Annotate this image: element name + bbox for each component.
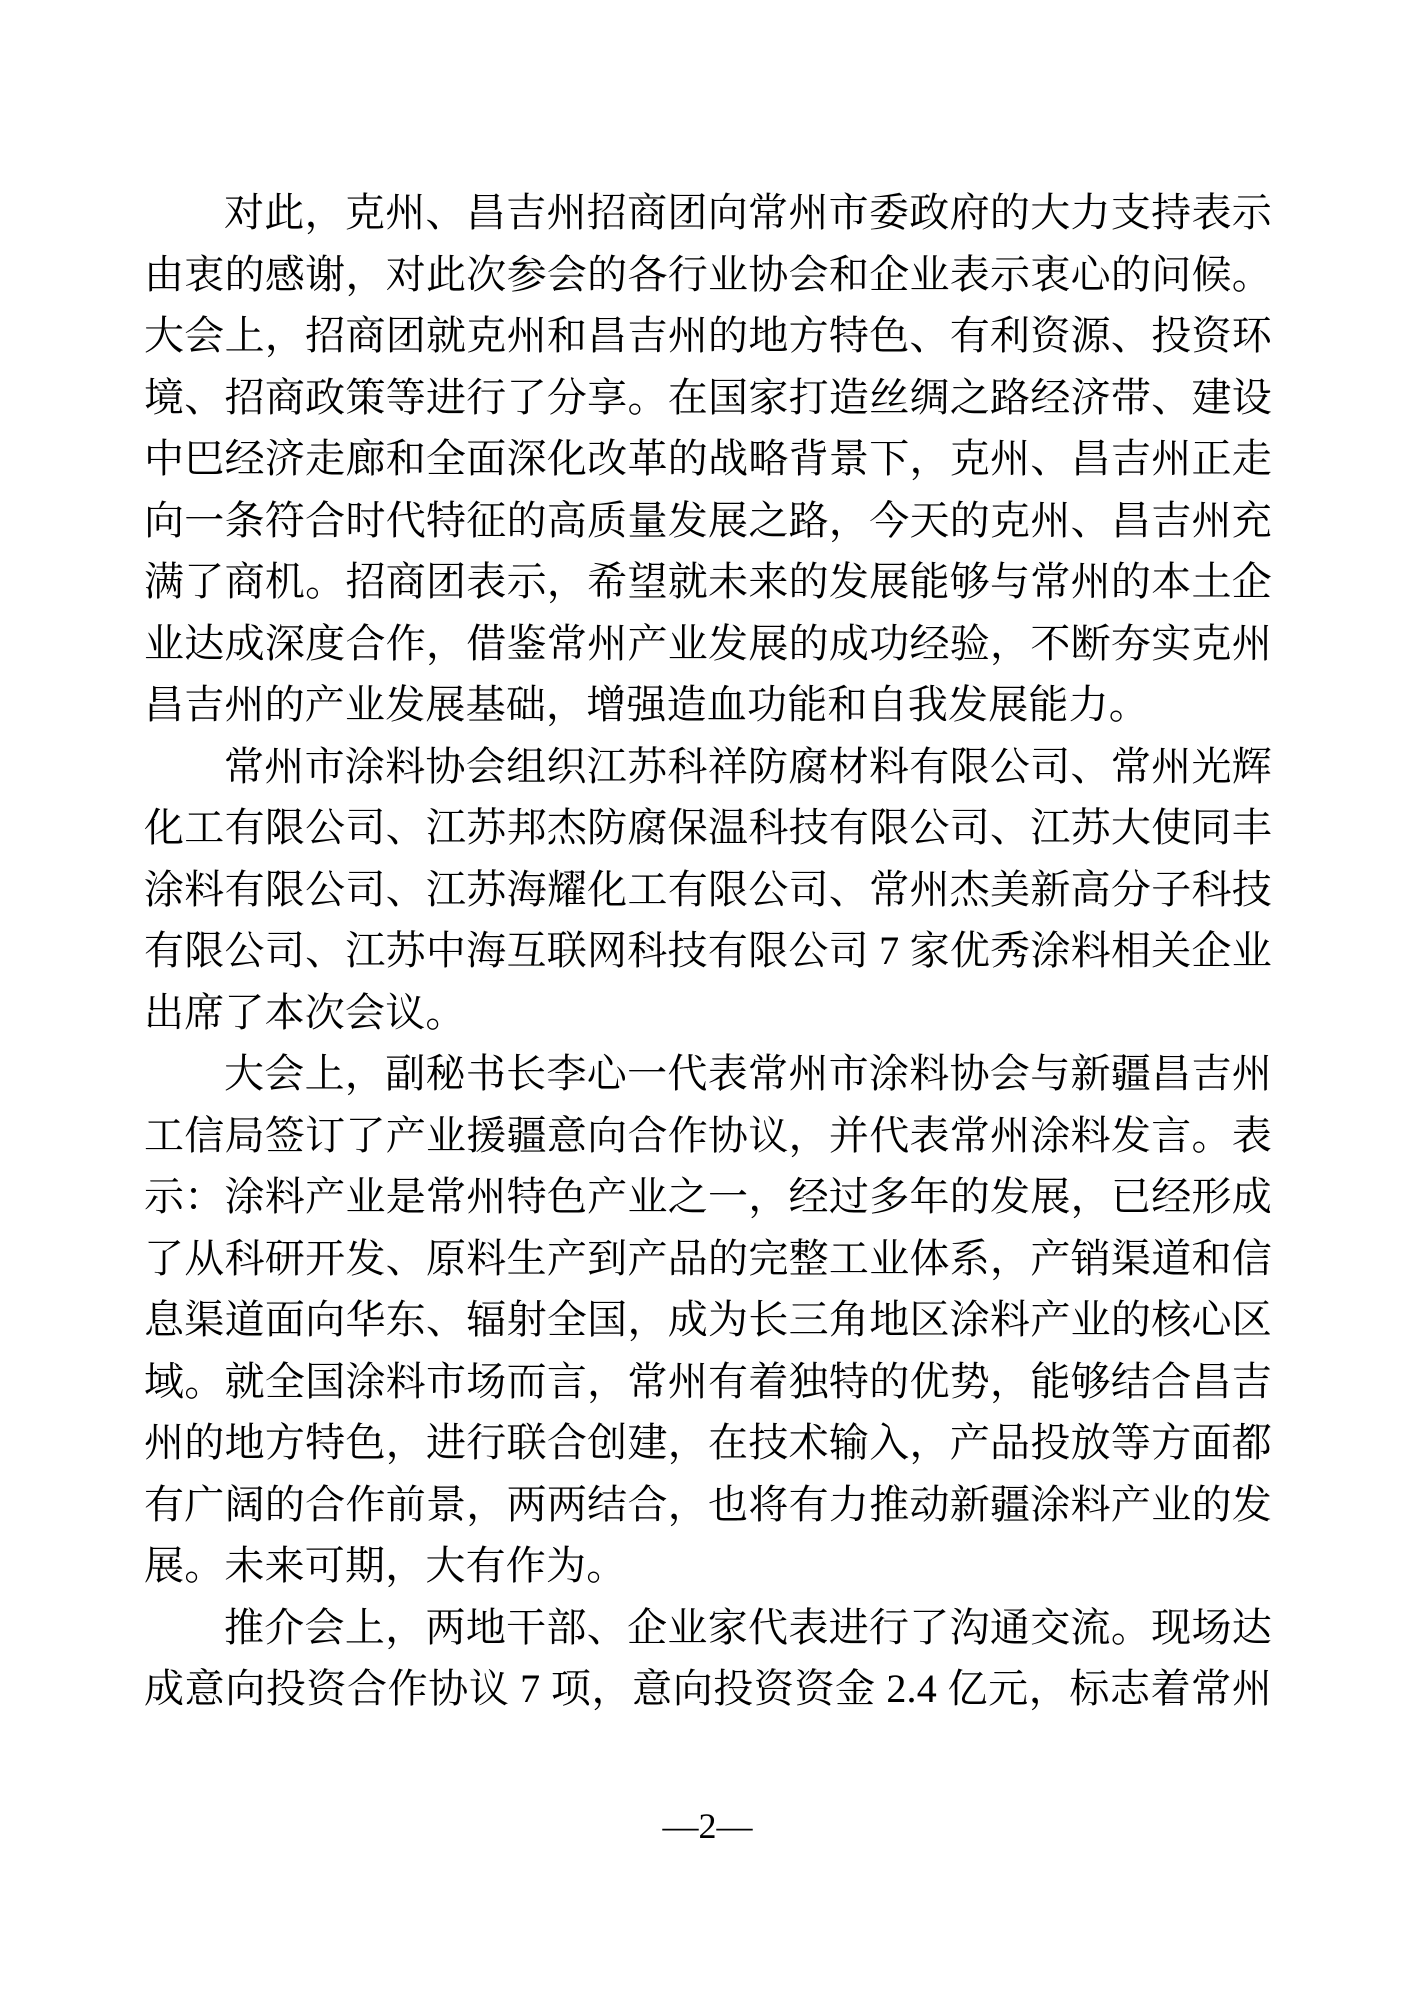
text-line: 有限公司、江苏中海互联网科技有限公司 7 家优秀涂料相关企业 [144, 920, 1272, 982]
text-line: 常州市涂料协会组织江苏科祥防腐材料有限公司、常州光辉 [144, 736, 1272, 798]
text-line: 业达成深度合作，借鉴常州产业发展的成功经验，不断夯实克州 [144, 613, 1272, 675]
text-line: 昌吉州的产业发展基础，增强造血功能和自我发展能力。 [144, 674, 1272, 736]
text-line: 满了商机。招商团表示，希望就未来的发展能够与常州的本土企 [144, 551, 1272, 613]
text-line: 大会上，招商团就克州和昌吉州的地方特色、有利资源、投资环 [144, 305, 1272, 367]
text-line: 示：涂料产业是常州特色产业之一，经过多年的发展，已经形成 [144, 1166, 1272, 1228]
text-line: 了从科研开发、原料生产到产品的完整工业体系，产销渠道和信 [144, 1228, 1272, 1290]
text-line: 成意向投资合作协议 7 项，意向投资资金 2.4 亿元，标志着常州 [144, 1658, 1272, 1720]
text-line: 有广阔的合作前景，两两结合，也将有力推动新疆涂料产业的发 [144, 1474, 1272, 1536]
text-line: 州的地方特色，进行联合创建，在技术输入，产品投放等方面都 [144, 1412, 1272, 1474]
text-line: 出席了本次会议。 [144, 982, 1272, 1044]
text-line: 境、招商政策等进行了分享。在国家打造丝绸之路经济带、建设 [144, 367, 1272, 429]
document-body: 对此，克州、昌吉州招商团向常州市委政府的大力支持表示由衷的感谢，对此次参会的各行… [144, 182, 1272, 1720]
text-line: 展。未来可期，大有作为。 [144, 1535, 1272, 1597]
text-line: 工信局签订了产业援疆意向合作协议，并代表常州涂料发言。表 [144, 1105, 1272, 1167]
page-number: —2— [0, 1806, 1415, 1846]
text-line: 涂料有限公司、江苏海耀化工有限公司、常州杰美新高分子科技 [144, 859, 1272, 921]
text-line: 由衷的感谢，对此次参会的各行业协会和企业表示衷心的问候。 [144, 244, 1272, 306]
document-page: 对此，克州、昌吉州招商团向常州市委政府的大力支持表示由衷的感谢，对此次参会的各行… [0, 0, 1415, 2000]
text-line: 对此，克州、昌吉州招商团向常州市委政府的大力支持表示 [144, 182, 1272, 244]
text-line: 域。就全国涂料市场而言，常州有着独特的优势，能够结合昌吉 [144, 1351, 1272, 1413]
text-line: 中巴经济走廊和全面深化改革的战略背景下，克州、昌吉州正走 [144, 428, 1272, 490]
text-line: 大会上，副秘书长李心一代表常州市涂料协会与新疆昌吉州 [144, 1043, 1272, 1105]
text-line: 息渠道面向华东、辐射全国，成为长三角地区涂料产业的核心区 [144, 1289, 1272, 1351]
text-line: 化工有限公司、江苏邦杰防腐保温科技有限公司、江苏大使同丰 [144, 797, 1272, 859]
text-line: 向一条符合时代特征的高质量发展之路，今天的克州、昌吉州充 [144, 490, 1272, 552]
text-line: 推介会上，两地干部、企业家代表进行了沟通交流。现场达 [144, 1597, 1272, 1659]
